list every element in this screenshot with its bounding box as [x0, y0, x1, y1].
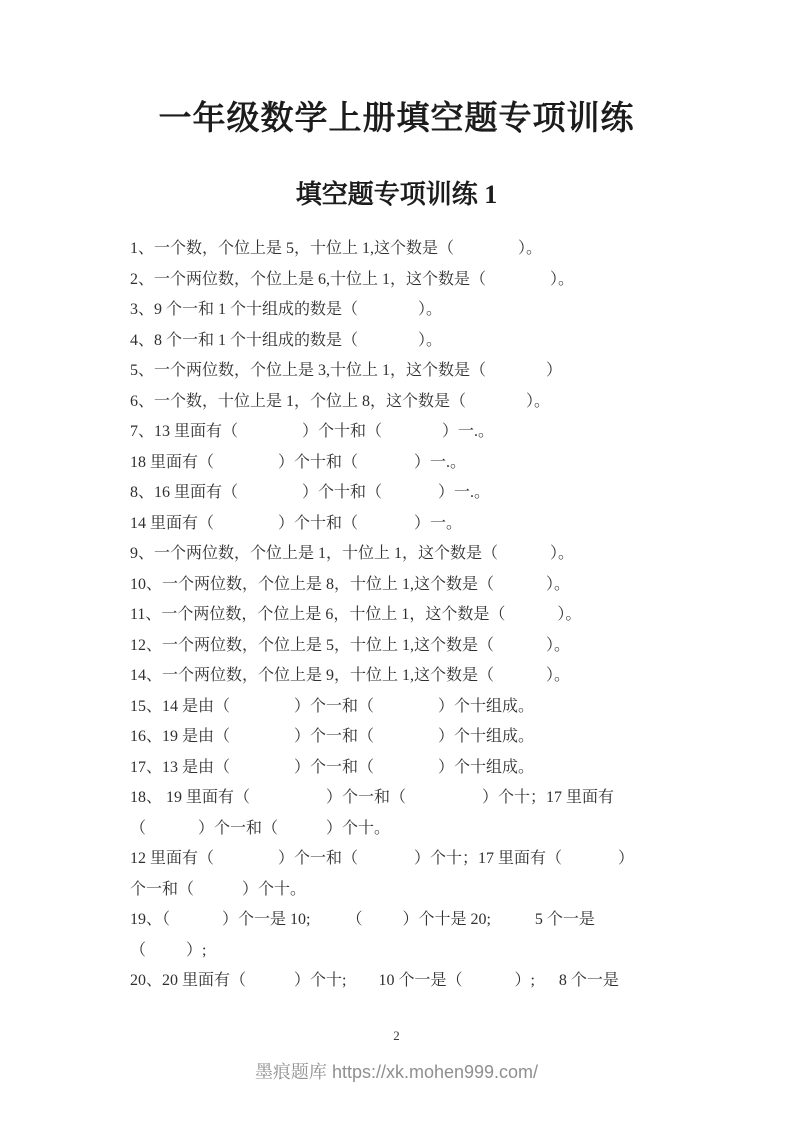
document-title: 一年级数学上册填空题专项训练 — [0, 0, 793, 141]
question-line: （ ）; — [130, 936, 693, 967]
question-line: 18、 19 里面有（ ）个一和（ ）个十；17 里面有 — [130, 783, 693, 814]
question-line: 9、一个两位数，个位上是 1，十位上 1，这个数是（ ）。 — [130, 539, 693, 570]
question-line: 2、一个两位数，个位上是 6,十位上 1，这个数是（ ）。 — [130, 265, 693, 296]
question-line: 3、9 个一和 1 个十组成的数是（ ）。 — [130, 295, 693, 326]
question-line: 14、一个两位数，个位上是 9，十位上 1,这个数是（ ）。 — [130, 661, 693, 692]
question-line: 17、13 是由（ ）个一和（ ）个十组成。 — [130, 753, 693, 784]
question-line: 7、13 里面有（ ）个十和（ ）一.。 — [130, 417, 693, 448]
question-line: 16、19 是由（ ）个一和（ ）个十组成。 — [130, 722, 693, 753]
question-line: 8、16 里面有（ ）个十和（ ）一.。 — [130, 478, 693, 509]
footer-site-link[interactable]: 墨痕题库 https://xk.mohen999.com/ — [0, 1058, 793, 1084]
question-line: 18 里面有（ ）个十和（ ）一.。 — [130, 448, 693, 479]
question-line: 12、一个两位数，个位上是 5，十位上 1,这个数是（ ）。 — [130, 631, 693, 662]
worksheet-page: 一年级数学上册填空题专项训练 填空题专项训练 1 1、一个数，个位上是 5，十位… — [0, 0, 793, 1122]
question-line: 1、一个数，个位上是 5，十位上 1,这个数是（ ）。 — [130, 234, 693, 265]
question-line: 12 里面有（ ）个一和（ ）个十；17 里面有（ ） — [130, 844, 693, 875]
question-line: 10、一个两位数，个位上是 8，十位上 1,这个数是（ ）。 — [130, 570, 693, 601]
question-line: 15、14 是由（ ）个一和（ ）个十组成。 — [130, 692, 693, 723]
question-line: 20、20 里面有（ ）个十; 10 个一是（ ）; 8 个一是 — [130, 966, 693, 997]
page-number: 2 — [0, 1028, 793, 1044]
question-line: 19、（ ）个一是 10; （ ）个十是 20; 5 个一是 — [130, 905, 693, 936]
question-line: 个一和（ ）个十。 — [130, 875, 693, 906]
question-line: 5、一个两位数，个位上是 3,十位上 1，这个数是（ ） — [130, 356, 693, 387]
question-lines: 1、一个数，个位上是 5，十位上 1,这个数是（ ）。2、一个两位数，个位上是 … — [0, 234, 793, 997]
question-line: （ ）个一和（ ）个十。 — [130, 814, 693, 845]
question-line: 6、一个数，十位上是 1，个位上 8，这个数是（ ）。 — [130, 387, 693, 418]
question-line: 14 里面有（ ）个十和（ ）一。 — [130, 509, 693, 540]
question-line: 4、8 个一和 1 个十组成的数是（ ）。 — [130, 326, 693, 357]
question-line: 11、一个两位数，个位上是 6，十位上 1，这个数是（ ）。 — [130, 600, 693, 631]
section-title: 填空题专项训练 1 — [0, 179, 793, 210]
